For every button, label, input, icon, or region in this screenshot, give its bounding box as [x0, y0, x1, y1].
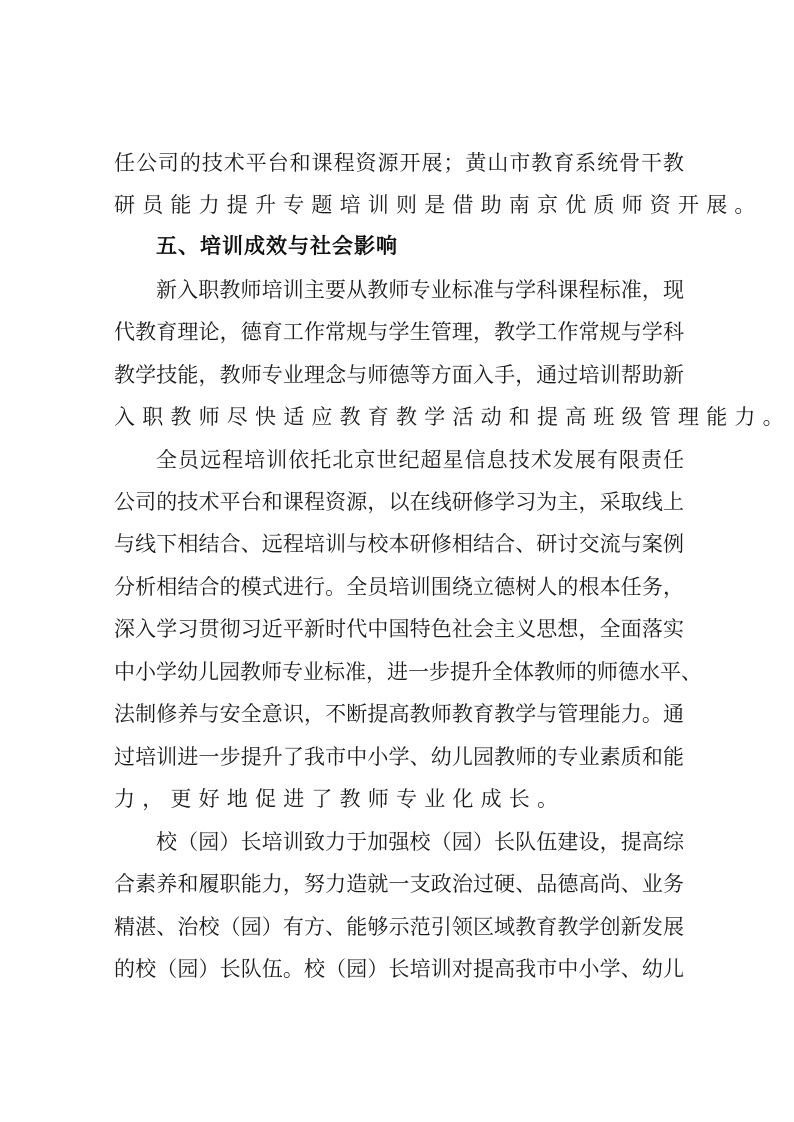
text-line: 任公司的技术平台和课程资源开展；黄山市教育系统骨干教 — [114, 148, 684, 178]
paragraph-1-line: 新入职教师培训主要从教师专业标准与学科课程标准，现 — [156, 275, 684, 305]
paragraph-2-line: 力，更好地促进了教师专业化成长。 — [114, 784, 684, 814]
document-page: 任公司的技术平台和课程资源开展；黄山市教育系统骨干教 研员能力提升专题培训则是借… — [0, 0, 794, 1122]
paragraph-1-line: 教学技能，教师专业理念与师德等方面入手，通过培训帮助新 — [114, 360, 684, 390]
paragraph-3-line: 合素养和履职能力，努力造就一支政治过硬、品德高尚、业务 — [114, 869, 684, 899]
paragraph-3-line: 校（园）长培训致力于加强校（园）长队伍建设，提高综 — [156, 827, 684, 857]
paragraph-2-line: 法制修养与安全意识，不断提高教师教育教学与管理能力。通 — [114, 699, 684, 729]
text-line: 研员能力提升专题培训则是借助南京优质师资开展。 — [114, 190, 684, 220]
paragraph-3-line: 的校（园）长队伍。校（园）长培训对提高我市中小学、幼儿 — [114, 954, 684, 984]
paragraph-2-line: 分析相结合的模式进行。全员培训围绕立德树人的根本任务， — [114, 572, 684, 602]
paragraph-2-line: 全员远程培训依托北京世纪超星信息技术发展有限责任 — [156, 445, 684, 475]
paragraph-2-line: 中小学幼儿园教师专业标准，进一步提升全体教师的师德水平、 — [114, 657, 684, 687]
paragraph-2-line: 公司的技术平台和课程资源，以在线研修学习为主，采取线上 — [114, 487, 684, 517]
paragraph-1-line: 入职教师尽快适应教育教学活动和提高班级管理能力。 — [114, 402, 684, 432]
paragraph-2-line: 过培训进一步提升了我市中小学、幼儿园教师的专业素质和能 — [114, 742, 684, 772]
paragraph-2-line: 深入学习贯彻习近平新时代中国特色社会主义思想，全面落实 — [114, 614, 684, 644]
paragraph-3-line: 精湛、治校（园）有方、能够示范引领区域教育教学创新发展 — [114, 912, 684, 942]
section-heading: 五、培训成效与社会影响 — [156, 231, 398, 261]
paragraph-2-line: 与线下相结合、远程培训与校本研修相结合、研讨交流与案例 — [114, 529, 684, 559]
paragraph-1-line: 代教育理论，德育工作常规与学生管理，教学工作常规与学科 — [114, 317, 684, 347]
